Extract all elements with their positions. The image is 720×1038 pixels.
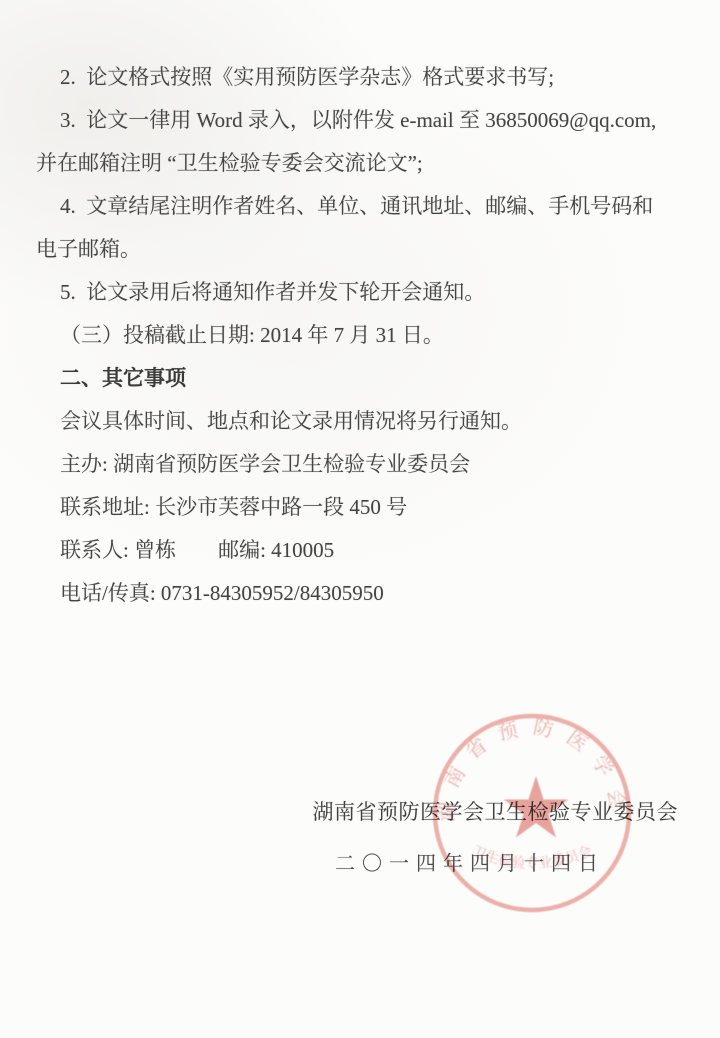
document-line: 主办: 湖南省预防医学会卫生检验专业委员会 [36, 443, 720, 486]
document-line: 会议具体时间、地点和论文录用情况将另行通知。 [36, 400, 720, 443]
date-line: 二〇一四年四月十四日 [335, 849, 605, 879]
document-line: 并在邮箱注明 “卫生检验专委会交流论文”; [36, 142, 720, 185]
document-line: 2. 论文格式按照《实用预防医学杂志》格式要求书写; [36, 56, 720, 99]
document-line: 联系地址: 长沙市芙蓉中路一段 450 号 [36, 486, 720, 529]
scanned-document-page: 2. 论文格式按照《实用预防医学杂志》格式要求书写; 3. 论文一律用 Word… [0, 0, 720, 1038]
document-line: 电子邮箱。 [36, 228, 720, 271]
document-line: 3. 论文一律用 Word 录入，以附件发 e-mail 至 36850069@… [36, 99, 720, 142]
document-line: 4. 文章结尾注明作者姓名、单位、通讯地址、邮编、手机号码和 [36, 185, 720, 228]
signature-line: 湖南省预防医学会卫生检验专业委员会 [0, 797, 678, 827]
document-line: 电话/传真: 0731-84305952/84305950 [36, 572, 720, 615]
document-line: 联系人: 曾栋 邮编: 410005 [36, 529, 720, 572]
document-body: 2. 论文格式按照《实用预防医学杂志》格式要求书写; 3. 论文一律用 Word… [36, 56, 720, 615]
document-line: （三）投稿截止日期: 2014 年 7 月 31 日。 [36, 314, 720, 357]
document-line: 5. 论文录用后将通知作者并发下轮开会通知。 [36, 271, 720, 314]
section-heading: 二、其它事项 [36, 357, 720, 400]
